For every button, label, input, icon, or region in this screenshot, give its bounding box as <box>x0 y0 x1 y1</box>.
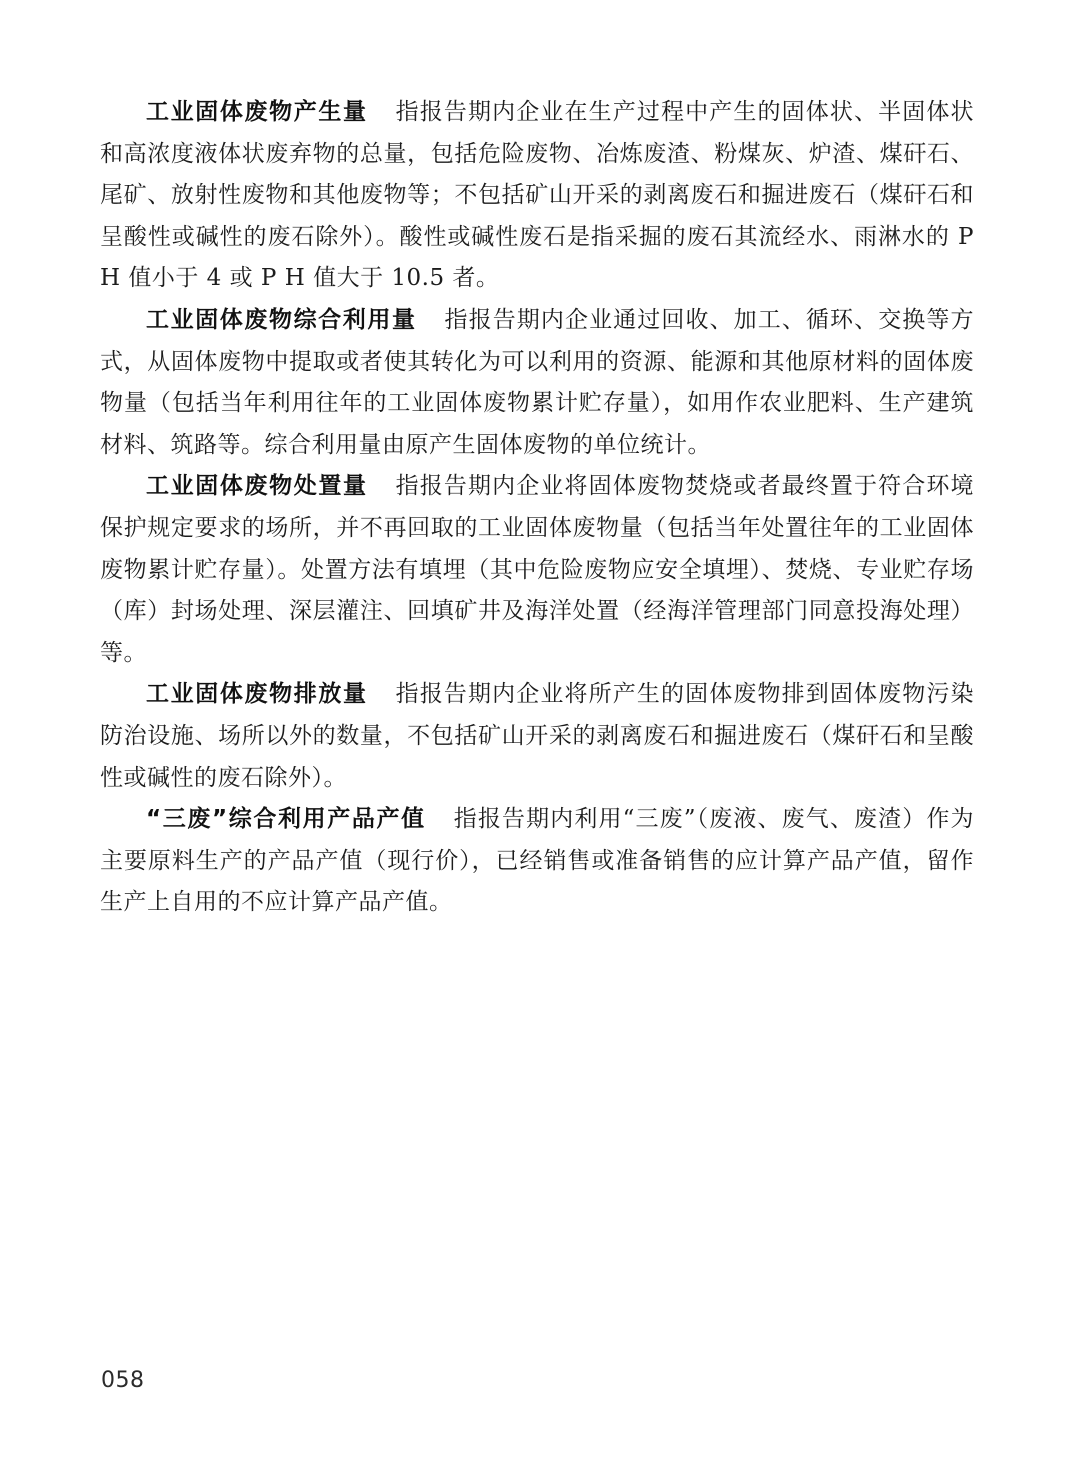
glossary-entry: 工业固体废物产生量 指报告期内企业在生产过程中产生的固体状、半固体状和高浓度液体… <box>100 92 974 300</box>
glossary-section: 工业固体废物产生量 指报告期内企业在生产过程中产生的固体状、半固体状和高浓度液体… <box>100 92 974 924</box>
glossary-definition: 指报告期内企业在生产过程中产生的固体状、半固体状和高浓度液体状废弃物的总量，包括… <box>100 99 974 291</box>
document-page: 工业固体废物产生量 指报告期内企业在生产过程中产生的固体状、半固体状和高浓度液体… <box>0 0 1074 1458</box>
page-footer: 058 <box>101 1368 145 1393</box>
glossary-term: 工业固体废物处置量 <box>146 473 387 499</box>
glossary-entry: 工业固体废物综合利用量 指报告期内企业通过回收、加工、循环、交换等方式，从固体废… <box>100 300 974 466</box>
glossary-term: 工业固体废物综合利用量 <box>146 307 436 333</box>
glossary-term: “三废”综合利用产品产值 <box>146 806 445 832</box>
glossary-entry: 工业固体废物处置量 指报告期内企业将固体废物焚烧或者最终置于符合环境保护规定要求… <box>100 466 974 674</box>
glossary-term: 工业固体废物排放量 <box>146 681 387 707</box>
glossary-entry: 工业固体废物排放量 指报告期内企业将所产生的固体废物排到固体废物污染防治设施、场… <box>100 674 974 799</box>
glossary-term: 工业固体废物产生量 <box>146 99 387 125</box>
glossary-definition: 指报告期内企业将固体废物焚烧或者最终置于符合环境保护规定要求的场所，并不再回取的… <box>100 473 974 665</box>
page-number: 058 <box>101 1368 145 1393</box>
glossary-entry: “三废”综合利用产品产值 指报告期内利用“三废”（废液、废气、废渣）作为主要原料… <box>100 799 974 924</box>
